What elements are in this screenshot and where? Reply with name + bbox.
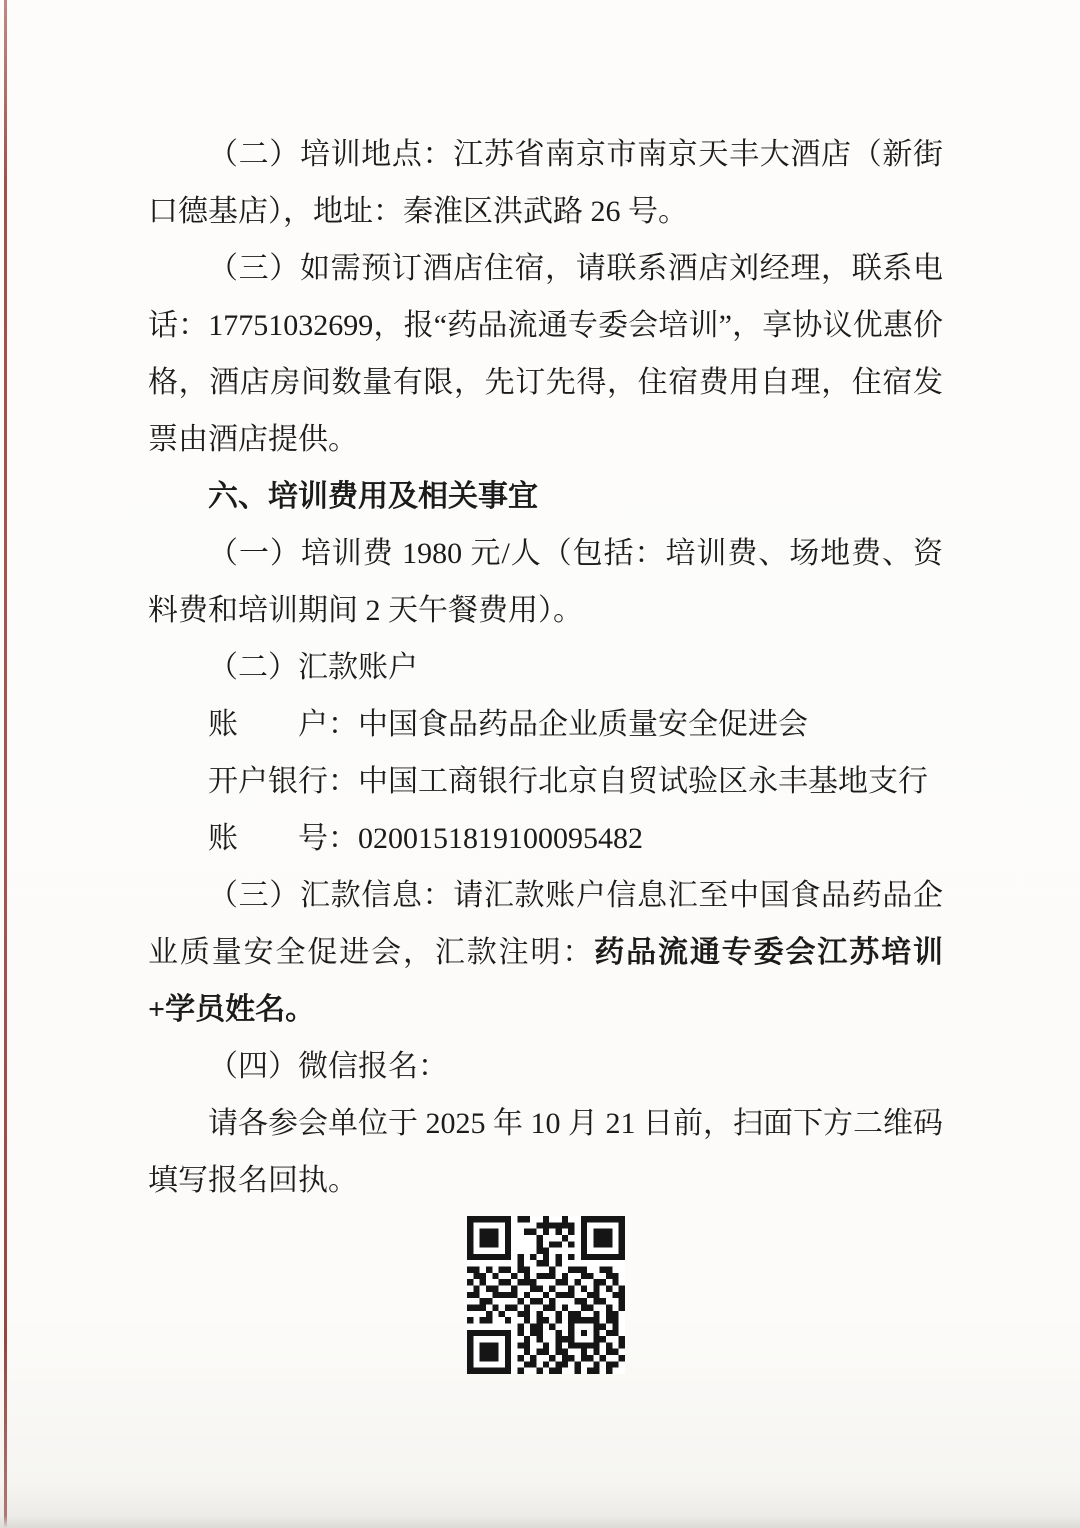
section-heading-fees: 六、培训费用及相关事宜 [148, 468, 943, 525]
left-binding-line [4, 0, 7, 1528]
scanned-document-page: （二）培训地点：江苏省南京市南京天丰大酒店（新街口德基店），地址：秦淮区洪武路 … [0, 0, 1080, 1528]
paragraph-deadline: 请各参会单位于 2025 年 10 月 21 日前，扫面下方二维码填写报名回执。 [148, 1095, 943, 1209]
paragraph-training-fee: （一）培训费 1980 元/人（包括：培训费、场地费、资料费和培训期间 2 天午… [148, 525, 943, 639]
line-bank-name: 开户银行：中国工商银行北京自贸试验区永丰基地支行 [148, 753, 943, 810]
registration-qr-code [467, 1216, 625, 1374]
paragraph-hotel-booking: （三）如需预订酒店住宿，请联系酒店刘经理，联系电话：17751032699，报“… [148, 240, 943, 468]
qr-code-canvas [467, 1216, 625, 1374]
paragraph-remit-account-heading: （二）汇款账户 [148, 639, 943, 696]
scan-bottom-edge [0, 1516, 1080, 1528]
document-body: （二）培训地点：江苏省南京市南京天丰大酒店（新街口德基店），地址：秦淮区洪武路 … [148, 126, 943, 1209]
paragraph-training-location: （二）培训地点：江苏省南京市南京天丰大酒店（新街口德基店），地址：秦淮区洪武路 … [148, 126, 943, 240]
line-account-name: 账 户：中国食品药品企业质量安全促进会 [148, 696, 943, 753]
line-account-number: 账 号：0200151819100095482 [148, 810, 943, 867]
paragraph-wechat-heading: （四）微信报名： [148, 1038, 943, 1095]
paragraph-remit-info: （三）汇款信息：请汇款账户信息汇至中国食品药品企业质量安全促进会，汇款注明：药品… [148, 867, 943, 1038]
